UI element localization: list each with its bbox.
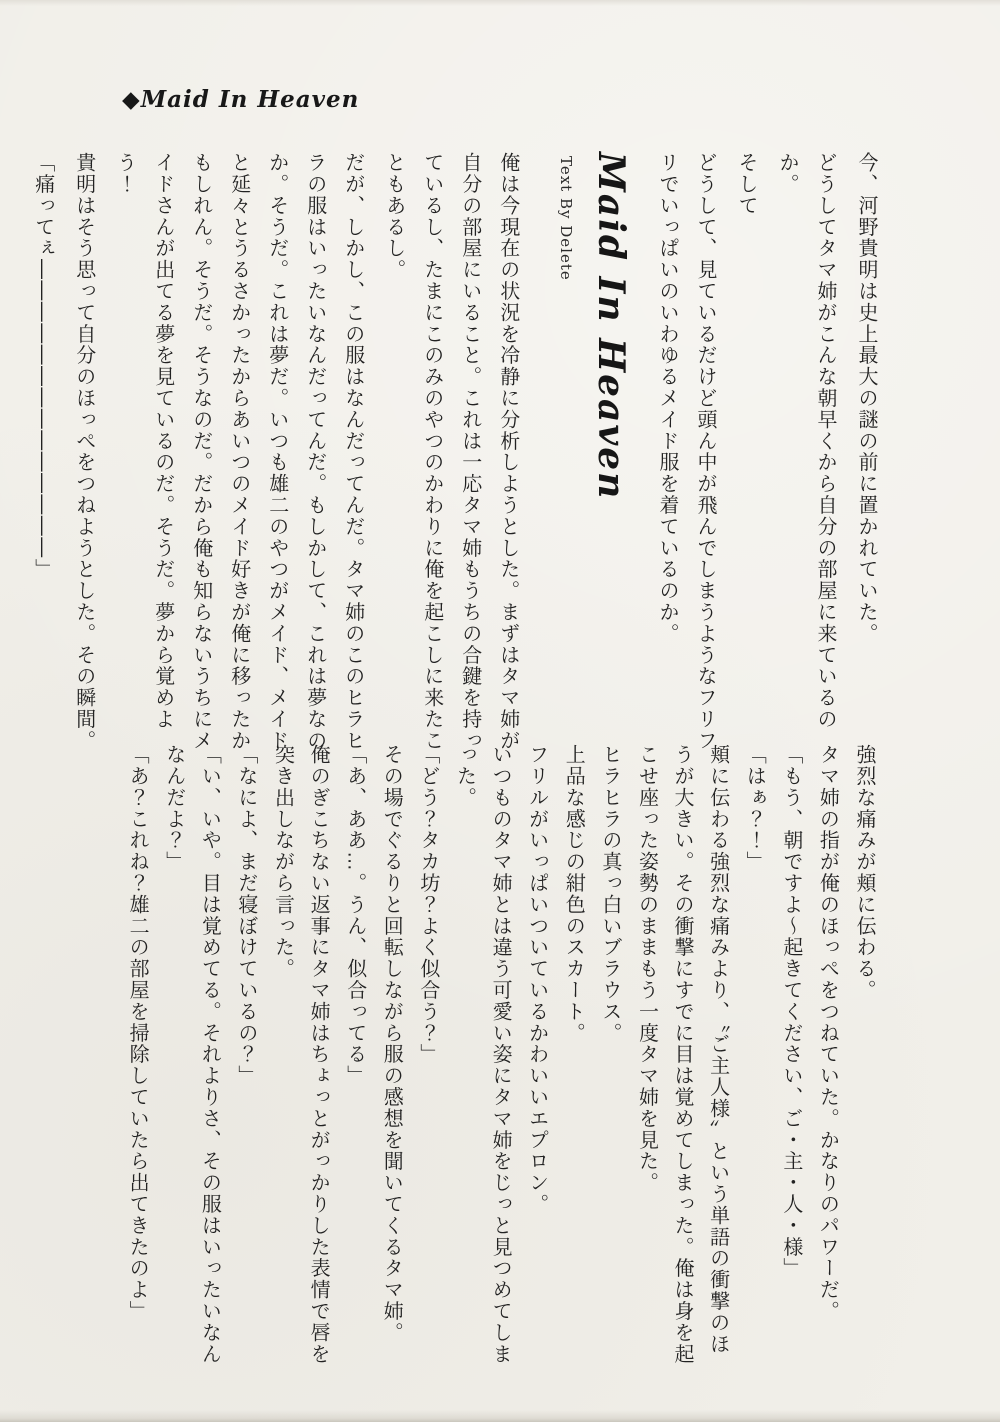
story-paragraph: だが、しかし、この服はなんだってんだ。タマ姉のこのヒラヒラの服はいったいなんだっ… [106, 152, 372, 766]
story-paragraph: どうしてタマ姉がこんな朝早くから自分の部屋に来ているのか。 [768, 152, 844, 766]
story-paragraph: 「い、いや。目は覚めてる。それよりさ、その服はいったいなんなんだよ？」 [155, 744, 226, 1374]
story-paragraph: 強烈な痛みが頬に伝わる。 [845, 744, 881, 1374]
story-paragraph: 「なによ、まだ寝ぼけているの？」 [227, 744, 263, 1374]
story-paragraph: ヒラヒラの真っ白いブラウス。 [591, 744, 627, 1374]
story-paragraph: 「痛ってぇ――――――――――――――」 [24, 152, 62, 766]
story-paragraph: 俺は今現在の状況を冷静に分析しようとした。まずはタマ姉が自分の部屋にいること。こ… [375, 152, 527, 766]
story-paragraph: その場でぐるりと回転しながら服の感想を聞いてくるタマ姉。 [373, 744, 409, 1374]
story-credit: Text By Delete [553, 156, 579, 766]
story-paragraph: 「はぁ？！」 [736, 744, 772, 1374]
story-paragraph: 頬に伝わる強烈な痛みより、〝ご主人様〟という単語の衝撃のほうが大きい。その衝撃に… [628, 744, 735, 1374]
story-section-1: 今、河野貴明は史上最大の謎の前に置かれていた。 どうしてタマ姉がこんな朝早くから… [108, 152, 888, 766]
story-paragraph: 俺のぎこちない返事にタマ姉はちょっとがっかりした表情で唇を突き出しながら言った。 [264, 744, 335, 1374]
story-paragraph: タマ姉の指が俺のほっぺをつねていた。かなりのパワーだ。 [809, 744, 845, 1374]
story-paragraph: 「あ？これね？雄二の部屋を掃除していたら出てきたのよ」 [119, 744, 155, 1374]
story-paragraph: 今、河野貴明は史上最大の謎の前に置かれていた。 [847, 152, 885, 766]
story-paragraph: 「もう、朝ですよ～起きてください、ご・主・人・様」 [772, 744, 808, 1374]
page-top-edge [0, 0, 1000, 6]
story-paragraph: どうして、見ているだけど頭ん中が飛んでしまうようなフリフリでいっぱいのいわゆるメ… [648, 152, 724, 766]
story-paragraph: 「どう？タカ坊？よく似合う？」 [409, 744, 445, 1374]
story-section-2: 強烈な痛みが頬に伝わる。 タマ姉の指が俺のほっぺをつねていた。かなりのパワーだ。… [106, 744, 882, 1374]
story-paragraph: 「あ、ああ…。うん、似合ってる」 [336, 744, 372, 1374]
story-paragraph: 上品な感じの紺色のスカート。 [555, 744, 591, 1374]
story-paragraph: フリルがいっぱいついているかわいいエプロン。 [518, 744, 554, 1374]
story-paragraph: いつものタマ姉とは違う可愛い姿にタマ姉をじっと見つめてしまった。 [446, 744, 517, 1374]
story-paragraph: そして [727, 152, 765, 766]
page-header: ◆Maid In Heaven [122, 86, 359, 113]
story-title: Maid In Heaven [582, 152, 638, 766]
page-bottom-edge [0, 1410, 1000, 1422]
story-paragraph: 貴明はそう思って自分のほっぺをつねようとした。その瞬間。 [65, 152, 103, 766]
